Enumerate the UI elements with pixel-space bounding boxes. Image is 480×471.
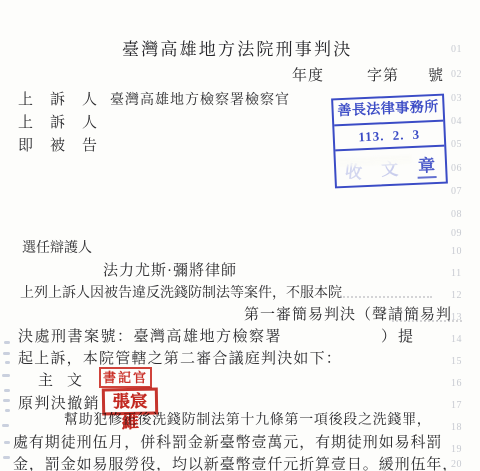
bleed-mark	[3, 352, 10, 355]
receipt-char: 章	[416, 151, 436, 179]
receipt-char: 收	[344, 157, 363, 184]
line-number: 12	[451, 290, 473, 301]
line-number: 06	[451, 163, 473, 174]
line-number: 17	[451, 400, 473, 411]
case-year-label: 年度	[292, 68, 324, 85]
document-title: 臺灣高雄地方法院刑事判決	[122, 40, 352, 60]
line-number: 08	[451, 209, 473, 220]
line-number: 02	[451, 69, 473, 80]
bleed-mark	[4, 441, 10, 444]
appellant2-role-label: 上訴人	[18, 115, 114, 132]
bleed-mark	[2, 424, 9, 427]
body-line-14-end: ）提	[381, 329, 415, 346]
defender-label: 選任辯護人	[22, 241, 92, 257]
body-line-19: 處有期徒刑伍月，併科罰金新臺幣壹萬元，有期徒刑如易科罰	[13, 435, 442, 452]
body-line-17: 原判決撤銷	[18, 396, 100, 413]
line-number: 15	[451, 356, 473, 367]
body-line-12: 上列上訴人因被告違反洗錢防制法等案件，不服本院	[20, 286, 342, 302]
line-number: 18	[451, 422, 473, 433]
defendant-role-label: 即被告	[18, 138, 114, 155]
main-text-heading: 主文	[38, 373, 96, 390]
line-number: 10	[451, 246, 473, 257]
law-firm-received-stamp: 善長法律事務所 113. 2. 3 收 文 章	[331, 94, 448, 189]
clerk-title-stamp: 書記官	[99, 367, 152, 388]
bleed-mark	[4, 341, 10, 344]
line-number: 09	[451, 228, 473, 239]
line-number: 05	[451, 139, 473, 150]
line-number: 19	[451, 444, 473, 455]
line-number: 04	[451, 116, 473, 127]
receipt-seal-row: 收 文 章	[335, 147, 445, 187]
defender-name: 法力尤斯·彌將律師	[103, 263, 237, 280]
case-number-label: 號	[428, 68, 444, 85]
scan-noise	[340, 296, 432, 298]
line-number: 01	[451, 44, 473, 55]
clerk-title-text: 書記官	[103, 370, 148, 385]
scan-noise	[392, 320, 462, 322]
bleed-mark	[3, 456, 10, 459]
case-word-label: 字第	[367, 68, 399, 85]
receipt-char: 文	[381, 155, 399, 181]
body-line-20: 金，罰金如易服勞役，均以新臺幣壹仟元折算壹日。緩刑伍年，	[13, 457, 458, 471]
body-line-15: 起上訴，本院管轄之第二審合議庭判決如下：	[18, 351, 342, 368]
clerk-name-stamp: 張宸維	[102, 388, 158, 416]
line-number: 07	[451, 186, 473, 197]
line-number: 03	[451, 93, 473, 104]
court-judgment-page: 01 02 03 04 05 06 07 08 09 10 11 12 13 1…	[0, 0, 480, 471]
bleed-mark	[5, 409, 10, 412]
bleed-mark	[5, 361, 10, 364]
body-line-14: 決處刑書案號：臺灣高雄地方檢察署	[18, 329, 282, 346]
appellant-name: 臺灣高雄地方檢察署檢察官	[110, 93, 290, 109]
line-number: 14	[451, 334, 473, 345]
bleed-mark	[2, 374, 10, 377]
appellant-role-label: 上訴人	[18, 92, 114, 109]
bleed-mark	[4, 389, 10, 392]
body-line-18: 幫助犯修正後洗錢防制法第十九條第一項後段之洗錢罪，	[64, 413, 432, 429]
line-number: 11	[451, 268, 473, 279]
line-number: 16	[451, 378, 473, 389]
bleed-mark	[3, 399, 10, 402]
